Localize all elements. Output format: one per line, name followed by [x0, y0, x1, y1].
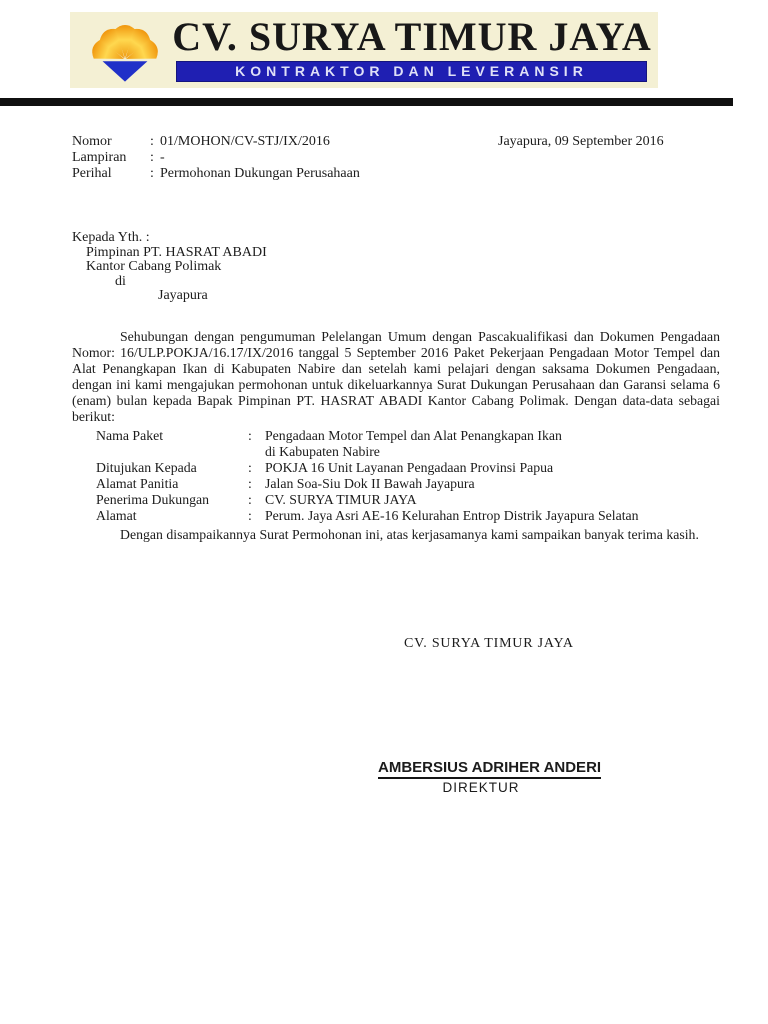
- package-details: Nama Paket : Pengadaan Motor Tempel dan …: [72, 428, 732, 524]
- colon: :: [248, 492, 265, 508]
- colon: :: [150, 150, 160, 166]
- letter-meta: Nomor : 01/MOHON/CV-STJ/IX/2016 Lampiran…: [72, 134, 360, 182]
- tagline-text: KONTRAKTOR DAN LEVERANSIR: [235, 63, 588, 79]
- company-logo: [74, 16, 176, 84]
- meta-label: Nomor: [72, 134, 150, 150]
- opening-paragraph: Sehubungan dengan pengumuman Pelelangan …: [72, 329, 720, 425]
- meta-value: -: [160, 150, 165, 166]
- recipient-preposition: di: [115, 275, 267, 290]
- signature-block: AMBERSIUS ADRIHER ANDERI DIREKTUR: [378, 759, 584, 795]
- colon: :: [248, 460, 265, 476]
- dateline: Jayapura, 09 September 2016: [498, 134, 664, 150]
- detail-label: Alamat Panitia: [96, 476, 248, 492]
- detail-label: Ditujukan Kepada: [96, 460, 248, 476]
- recipient-addressee: Pimpinan PT. HASRAT ABADI: [86, 246, 267, 261]
- meta-label: Perihal: [72, 166, 150, 182]
- recipient-office: Kantor Cabang Polimak: [86, 260, 267, 275]
- closing-paragraph: Dengan disampaikannya Surat Permohonan i…: [72, 527, 720, 543]
- signatory-name: AMBERSIUS ADRIHER ANDERI: [378, 759, 601, 779]
- detail-label: Penerima Dukungan: [96, 492, 248, 508]
- letterhead: CV. SURYA TIMUR JAYA KONTRAKTOR DAN LEVE…: [70, 12, 658, 88]
- meta-row-perihal: Perihal : Permohonan Dukungan Perusahaan: [72, 166, 360, 182]
- meta-row-nomor: Nomor : 01/MOHON/CV-STJ/IX/2016: [72, 134, 360, 150]
- detail-value: CV. SURYA TIMUR JAYA: [265, 492, 732, 508]
- tagline-bar: KONTRAKTOR DAN LEVERANSIR: [176, 61, 647, 82]
- meta-value: 01/MOHON/CV-STJ/IX/2016: [160, 134, 330, 150]
- colon: :: [150, 166, 160, 182]
- meta-value: Permohonan Dukungan Perusahaan: [160, 166, 360, 182]
- detail-value-line1: Pengadaan Motor Tempel dan Alat Penangka…: [265, 428, 732, 444]
- detail-value: Jalan Soa-Siu Dok II Bawah Jayapura: [265, 476, 732, 492]
- recipient-block: Kepada Yth. : Pimpinan PT. HASRAT ABADI …: [72, 231, 267, 304]
- fan-shell-icon: [74, 16, 176, 84]
- header-rule: [0, 98, 733, 106]
- detail-label: Alamat: [96, 508, 248, 524]
- detail-value: Pengadaan Motor Tempel dan Alat Penangka…: [265, 428, 732, 460]
- detail-row-nama-paket: Nama Paket : Pengadaan Motor Tempel dan …: [72, 428, 732, 460]
- detail-label: Nama Paket: [96, 428, 248, 444]
- signature-company: CV. SURYA TIMUR JAYA: [404, 636, 574, 652]
- detail-row-alamat: Alamat : Perum. Jaya Asri AE-16 Keluraha…: [72, 508, 732, 524]
- detail-value-line2: di Kabupaten Nabire: [265, 444, 732, 460]
- salutation: Kepada Yth. :: [72, 231, 267, 246]
- colon: :: [150, 134, 160, 150]
- letter-page: CV. SURYA TIMUR JAYA KONTRAKTOR DAN LEVE…: [0, 0, 768, 1024]
- meta-label: Lampiran: [72, 150, 150, 166]
- recipient-city: Jayapura: [158, 289, 267, 304]
- meta-row-lampiran: Lampiran : -: [72, 150, 360, 166]
- company-name: CV. SURYA TIMUR JAYA: [168, 14, 656, 60]
- colon: :: [248, 476, 265, 492]
- colon: :: [248, 428, 265, 444]
- detail-value: Perum. Jaya Asri AE-16 Kelurahan Entrop …: [265, 508, 732, 524]
- signatory-title: DIREKTUR: [378, 780, 584, 795]
- detail-row-penerima-dukungan: Penerima Dukungan : CV. SURYA TIMUR JAYA: [72, 492, 732, 508]
- detail-row-alamat-panitia: Alamat Panitia : Jalan Soa-Siu Dok II Ba…: [72, 476, 732, 492]
- detail-row-ditujukan-kepada: Ditujukan Kepada : POKJA 16 Unit Layanan…: [72, 460, 732, 476]
- detail-value: POKJA 16 Unit Layanan Pengadaan Provinsi…: [265, 460, 732, 476]
- colon: :: [248, 508, 265, 524]
